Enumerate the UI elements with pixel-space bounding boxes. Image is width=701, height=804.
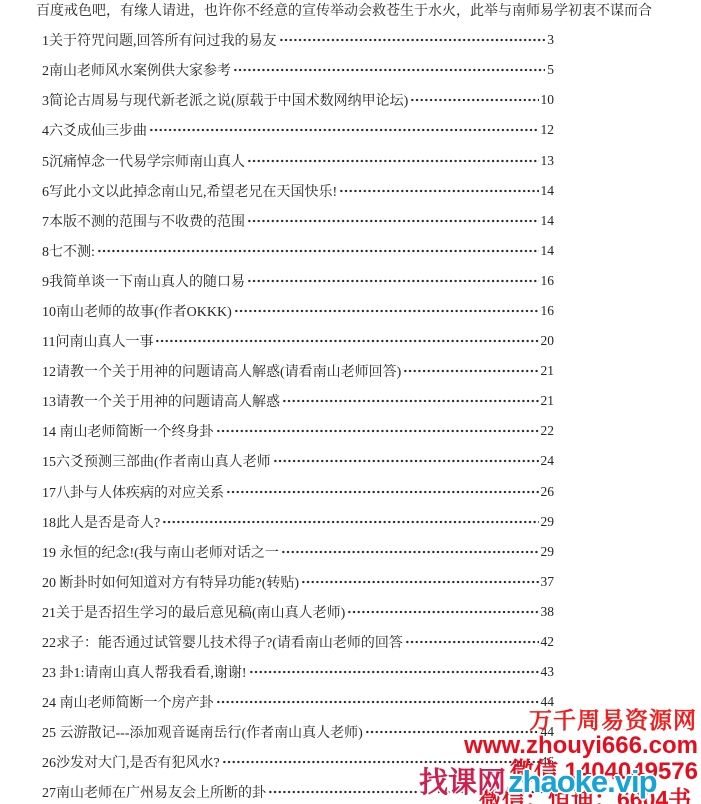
toc-entry[interactable]: 8七不测: 14 xyxy=(36,236,554,266)
toc-entry[interactable]: 23 卦1:请南山真人帮我看看,谢谢! 43 xyxy=(36,657,554,687)
toc-entry-title: 24 南山老师简断一个房产卦 xyxy=(42,692,214,712)
toc-entry[interactable]: 10南山老师的故事(作者OKKK) 16 xyxy=(36,296,554,326)
toc-entry-title: 21关于是否招生学习的最后意见稿(南山真人老师) xyxy=(42,602,345,622)
toc-entry-page: 29 xyxy=(541,514,555,530)
toc-entry[interactable]: 9我简单谈一下南山真人的随口易 16 xyxy=(36,266,554,296)
dot-leader xyxy=(155,334,538,348)
dot-leader xyxy=(162,515,538,529)
toc-entry[interactable]: 5沉痛悼念一代易学宗师南山真人 13 xyxy=(36,145,554,175)
toc-entry-page: 38 xyxy=(541,604,555,620)
toc-entry-title: 14 南山老师简断一个终身卦 xyxy=(42,421,214,441)
toc-entry-page: 14 xyxy=(541,213,555,229)
toc-entry[interactable]: 11问南山真人一事 20 xyxy=(36,326,554,356)
toc-entry[interactable]: 17八卦与人体疾病的对应关系 26 xyxy=(36,477,554,507)
toc-entry[interactable]: 1关于符咒问题,回答所有问过我的易友 3 xyxy=(36,25,554,55)
toc-entry-title: 1关于符咒问题,回答所有问过我的易友 xyxy=(42,30,277,50)
toc-entry[interactable]: 22求子：能否通过试管婴儿技术得子?(请看南山老师的回答 42 xyxy=(36,627,554,657)
toc-entry-title: 22求子：能否通过试管婴儿技术得子?(请看南山老师的回答 xyxy=(42,632,403,652)
toc-entry-title: 4六爻成仙三步曲 xyxy=(42,120,147,140)
toc-entry-title: 15六爻预测三部曲(作者南山真人老师 xyxy=(42,451,271,471)
dot-leader xyxy=(279,33,546,47)
toc-entry-title: 10南山老师的故事(作者OKKK) xyxy=(42,301,232,321)
toc-entry[interactable]: 7本版不测的范围与不收费的范围 14 xyxy=(36,206,554,236)
toc-entry-title: 20 断卦时如何知道对方有特异功能?(转贴) xyxy=(42,572,299,592)
document-page: 百度戒色吧，有缘人请进，也许你不经意的宣传举动会救苍生于水火，此举与南师易学初衷… xyxy=(0,0,701,804)
toc-entry[interactable]: 15六爻预测三部曲(作者南山真人老师 24 xyxy=(36,446,554,476)
toc-entry[interactable]: 18此人是否是奇人? 29 xyxy=(36,507,554,537)
toc-entry-title: 19 永恒的纪念!(我与南山老师对话之一 xyxy=(42,542,279,562)
toc-entry-title: 12请教一个关于用神的问题请高人解惑(请看南山老师回答) xyxy=(42,361,401,381)
toc-content: 百度戒色吧，有缘人请进，也许你不经意的宣传举动会救苍生于水火，此举与南师易学初衷… xyxy=(0,0,701,804)
toc-entry-page: 29 xyxy=(541,544,555,560)
dot-leader xyxy=(339,184,538,198)
watermark-site-url: www.zhouyi666.com xyxy=(464,733,698,758)
toc-entry-title: 17八卦与人体疾病的对应关系 xyxy=(42,482,224,502)
watermark-zhaoke-cn: 找课网 xyxy=(419,768,506,798)
toc-entry-title: 25 云游散记---添加观音诞南岳行(作者南山真人老师) xyxy=(42,722,363,742)
dot-leader xyxy=(226,485,539,499)
watermark-site-name: 万千周易资源网 xyxy=(529,708,697,732)
toc-entry-page: 21 xyxy=(541,363,555,379)
toc-entry[interactable]: 14 南山老师简断一个终身卦 22 xyxy=(36,416,554,446)
toc-entry-page: 14 xyxy=(541,243,555,259)
toc-entry-title: 3简论古周易与现代新老派之说(原载于中国术数网纳甲论坛) xyxy=(42,90,408,110)
toc-entry-page: 42 xyxy=(541,634,555,650)
toc-entry-title: 7本版不测的范围与不收费的范围 xyxy=(42,211,245,231)
toc-entry-page: 16 xyxy=(541,303,555,319)
toc-entry-title: 5沉痛悼念一代易学宗师南山真人 xyxy=(42,151,245,171)
toc-entry-page: 16 xyxy=(541,273,555,289)
toc-entry-page: 24 xyxy=(541,453,555,469)
toc-entry-page: 12 xyxy=(541,122,555,138)
watermark-zhaoke: 找课网 zhaoke.vip xyxy=(419,766,657,799)
toc-entry-title: 8七不测: xyxy=(42,241,95,261)
toc-entry-title: 26沙发对大门,是否有犯风水? xyxy=(42,752,220,772)
dot-leader xyxy=(233,63,545,77)
dot-leader xyxy=(405,635,539,649)
toc-entry[interactable]: 21关于是否招生学习的最后意见稿(南山真人老师) 38 xyxy=(36,597,554,627)
dot-leader xyxy=(403,364,538,378)
toc-entry-page: 26 xyxy=(541,484,555,500)
toc-entry-page: 37 xyxy=(541,574,555,590)
dot-leader xyxy=(97,244,539,258)
toc-entry-page: 43 xyxy=(541,664,555,680)
toc-entry[interactable]: 24 南山老师简断一个房产卦 44 xyxy=(36,687,554,717)
dot-leader xyxy=(247,214,539,228)
dot-leader xyxy=(247,154,539,168)
toc-entry[interactable]: 13请教一个关于用神的问题请高人解惑 21 xyxy=(36,386,554,416)
toc-entry-title: 11问南山真人一事 xyxy=(42,331,153,351)
toc-entry[interactable]: 12请教一个关于用神的问题请高人解惑(请看南山老师回答) 21 xyxy=(36,356,554,386)
dot-leader xyxy=(273,454,539,468)
toc-entry-page: 10 xyxy=(541,92,555,108)
dot-leader xyxy=(247,274,539,288)
toc-entry[interactable]: 6写此小文以此掉念南山兄,希望老兄在天国快乐! 14 xyxy=(36,176,554,206)
toc-list: 1关于符咒问题,回答所有问过我的易友 3 2南山老师风水案例供大家参考 5 3简… xyxy=(36,25,701,804)
toc-entry[interactable]: 4六爻成仙三步曲 12 xyxy=(36,115,554,145)
toc-entry-title: 2南山老师风水案例供大家参考 xyxy=(42,60,231,80)
dot-leader xyxy=(301,575,538,589)
toc-entry-title: 13请教一个关于用神的问题请高人解惑 xyxy=(42,391,280,411)
dot-leader xyxy=(216,695,539,709)
dot-leader xyxy=(281,545,539,559)
intro-text: 百度戒色吧，有缘人请进，也许你不经意的宣传举动会救苍生于水火，此举与南师易学初衷… xyxy=(36,0,676,25)
toc-entry[interactable]: 20 断卦时如何知道对方有特异功能?(转贴) 37 xyxy=(36,567,554,597)
toc-entry-title: 18此人是否是奇人? xyxy=(42,512,160,532)
toc-entry-page: 20 xyxy=(541,333,555,349)
toc-entry-page: 21 xyxy=(541,393,555,409)
dot-leader xyxy=(249,665,539,679)
toc-entry-title: 27南山老师在广州易友会上所断的卦 xyxy=(42,782,266,802)
dot-leader xyxy=(282,394,539,408)
watermark-zhaoke-domain: zhaoke.vip xyxy=(508,766,657,799)
toc-entry-page: 14 xyxy=(541,183,555,199)
toc-entry[interactable]: 3简论古周易与现代新老派之说(原载于中国术数网纳甲论坛) 10 xyxy=(36,85,554,115)
toc-entry[interactable]: 19 永恒的纪念!(我与南山老师对话之一 29 xyxy=(36,537,554,567)
toc-entry-page: 22 xyxy=(541,423,555,439)
dot-leader xyxy=(347,605,538,619)
toc-entry-title: 23 卦1:请南山真人帮我看看,谢谢! xyxy=(42,662,247,682)
toc-entry-title: 9我简单谈一下南山真人的随口易 xyxy=(42,271,245,291)
dot-leader xyxy=(410,93,538,107)
dot-leader xyxy=(149,123,539,137)
toc-entry-title: 6写此小文以此掉念南山兄,希望老兄在天国快乐! xyxy=(42,181,337,201)
toc-entry-page: 13 xyxy=(541,153,555,169)
dot-leader xyxy=(234,304,539,318)
toc-entry-page: 3 xyxy=(547,32,554,48)
toc-entry-page: 5 xyxy=(547,62,554,78)
toc-entry[interactable]: 2南山老师风水案例供大家参考 5 xyxy=(36,55,554,85)
dot-leader xyxy=(216,424,539,438)
